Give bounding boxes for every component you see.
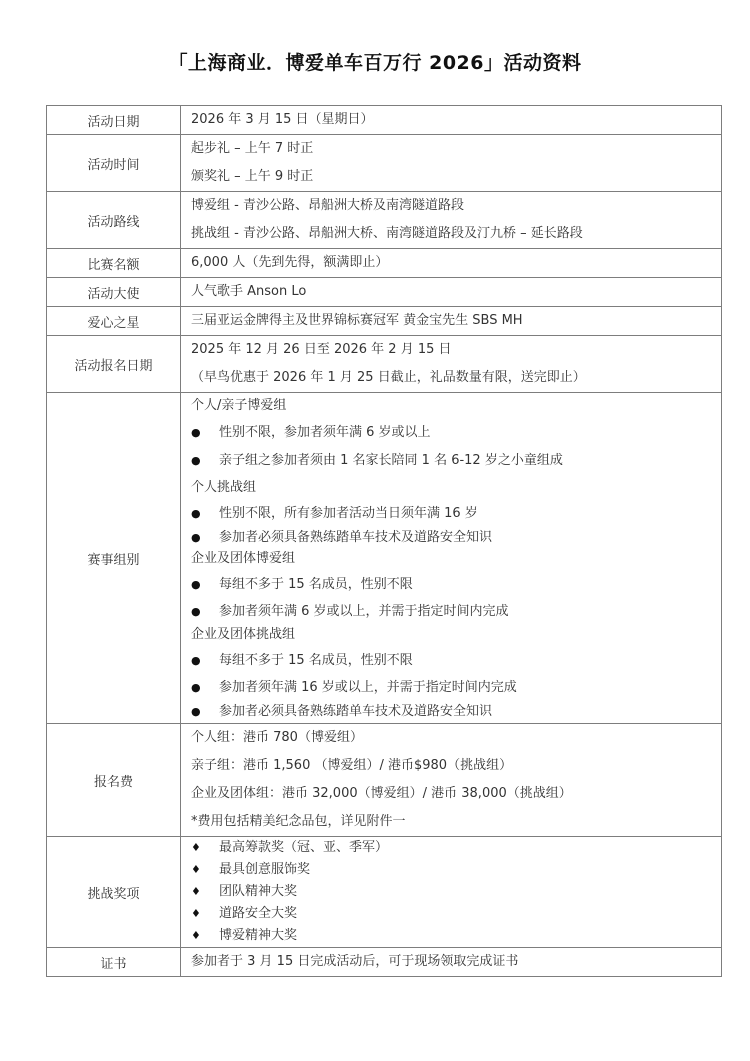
value-certificate: 参加者于 3 月 15 日完成活动后，可于现场领取完成证书 — [181, 948, 722, 977]
diamond-bullet-icon: ♦ — [191, 925, 219, 947]
bullet-icon: ● — [191, 701, 219, 723]
fee-corporate: 企业及团体组：港币 32,000（博爱组）/ 港币 38,000（挑战组） — [191, 780, 721, 808]
route-challenge-group: 挑战组 - 青沙公路、昂船洲大桥、南湾隧道路段及汀九桥 – 延长路段 — [191, 220, 721, 248]
list-item: ●参加者必须具备熟练踏单车技术及道路安全知识 — [191, 701, 721, 723]
event-info-table: 活动日期 2026 年 3 月 15 日（星期日） 活动时间 起步礼 – 上午 … — [46, 105, 722, 977]
award-item-text: 团队精神大奖 — [219, 881, 297, 903]
bullet-icon: ● — [191, 419, 219, 447]
fee-note: *费用包括精美纪念品包，详见附件一 — [191, 808, 721, 836]
charity-star-text: 三届亚运金牌得主及世界锦标赛冠军 黄金宝先生 SBS MH — [191, 307, 721, 335]
start-ceremony-time: 起步礼 – 上午 7 时正 — [191, 135, 721, 163]
value-charity-star: 三届亚运金牌得主及世界锦标赛冠军 黄金宝先生 SBS MH — [181, 307, 722, 336]
value-quota: 6,000 人（先到先得，额满即止） — [181, 249, 722, 278]
group-title-individual-charity: 个人/亲子博爱组 — [191, 393, 721, 419]
value-event-date: 2026 年 3 月 15 日（星期日） — [181, 106, 722, 135]
early-bird-note: （早鸟优惠于 2026 年 1 月 25 日截止，礼品数量有限，送完即止） — [191, 364, 721, 392]
label-certificate: 证书 — [47, 948, 181, 977]
label-event-route: 活动路线 — [47, 192, 181, 249]
diamond-bullet-icon: ♦ — [191, 881, 219, 903]
label-categories: 赛事组别 — [47, 393, 181, 724]
row-categories: 赛事组别 个人/亲子博爱组 ●性别不限，参加者须年满 6 岁或以上 ●亲子组之参… — [47, 393, 722, 724]
list-item-text: 每组不多于 15 名成员，性别不限 — [219, 647, 413, 675]
fee-individual: 个人组：港币 780（博爱组） — [191, 724, 721, 752]
list-item-text: 亲子组之参加者须由 1 名家长陪同 1 名 6-12 岁之小童组成 — [219, 447, 563, 475]
event-date-text: 2026 年 3 月 15 日（星期日） — [191, 106, 721, 134]
bullet-icon: ● — [191, 675, 219, 701]
award-item-text: 道路安全大奖 — [219, 903, 297, 925]
row-quota: 比赛名额 6,000 人（先到先得，额满即止） — [47, 249, 722, 278]
row-event-route: 活动路线 博爱组 - 青沙公路、昂船洲大桥及南湾隧道路段 挑战组 - 青沙公路、… — [47, 192, 722, 249]
list-item: ●参加者必须具备熟练踏单车技术及道路安全知识 — [191, 527, 721, 549]
list-item-text: 每组不多于 15 名成员，性别不限 — [219, 571, 413, 599]
list-item-text: 性别不限，所有参加者活动当日须年满 16 岁 — [219, 501, 478, 527]
ambassador-text: 人气歌手 Anson Lo — [191, 278, 721, 306]
row-fees: 报名费 个人组：港币 780（博爱组） 亲子组：港币 1,560 （博爱组）/ … — [47, 724, 722, 837]
list-item: ●每组不多于 15 名成员，性别不限 — [191, 647, 721, 675]
row-event-date: 活动日期 2026 年 3 月 15 日（星期日） — [47, 106, 722, 135]
bullet-icon: ● — [191, 527, 219, 549]
diamond-bullet-icon: ♦ — [191, 837, 219, 859]
list-item: ●每组不多于 15 名成员，性别不限 — [191, 571, 721, 599]
row-certificate: 证书 参加者于 3 月 15 日完成活动后，可于现场领取完成证书 — [47, 948, 722, 977]
value-awards: ♦最高筹款奖（冠、亚、季军） ♦最具创意服饰奖 ♦团队精神大奖 ♦道路安全大奖 … — [181, 837, 722, 948]
value-fees: 个人组：港币 780（博爱组） 亲子组：港币 1,560 （博爱组）/ 港币$9… — [181, 724, 722, 837]
award-item-text: 最高筹款奖（冠、亚、季军） — [219, 837, 388, 859]
award-item: ♦道路安全大奖 — [191, 903, 721, 925]
row-ambassador: 活动大使 人气歌手 Anson Lo — [47, 278, 722, 307]
document-title: 「上海商业．博爱单车百万行 2026」活动资料 — [0, 48, 750, 75]
certificate-text: 参加者于 3 月 15 日完成活动后，可于现场领取完成证书 — [191, 948, 721, 976]
label-awards: 挑战奖项 — [47, 837, 181, 948]
registration-period: 2025 年 12 月 26 日至 2026 年 2 月 15 日 — [191, 336, 721, 364]
list-item-text: 参加者必须具备熟练踏单车技术及道路安全知识 — [219, 527, 492, 549]
row-event-time: 活动时间 起步礼 – 上午 7 时正 颁奖礼 – 上午 9 时正 — [47, 135, 722, 192]
group-title-individual-challenge: 个人挑战组 — [191, 475, 721, 501]
value-event-time: 起步礼 – 上午 7 时正 颁奖礼 – 上午 9 时正 — [181, 135, 722, 192]
label-quota: 比赛名额 — [47, 249, 181, 278]
row-registration-date: 活动报名日期 2025 年 12 月 26 日至 2026 年 2 月 15 日… — [47, 336, 722, 393]
list-item: ●参加者须年满 16 岁或以上，并需于指定时间内完成 — [191, 675, 721, 701]
value-categories: 个人/亲子博爱组 ●性别不限，参加者须年满 6 岁或以上 ●亲子组之参加者须由 … — [181, 393, 722, 724]
award-item: ♦最具创意服饰奖 — [191, 859, 721, 881]
list-item: ●性别不限，参加者须年满 6 岁或以上 — [191, 419, 721, 447]
bullet-icon: ● — [191, 647, 219, 675]
row-awards: 挑战奖项 ♦最高筹款奖（冠、亚、季军） ♦最具创意服饰奖 ♦团队精神大奖 ♦道路… — [47, 837, 722, 948]
bullet-icon: ● — [191, 501, 219, 527]
group-title-corporate-charity: 企业及团体博爱组 — [191, 549, 721, 571]
fee-family: 亲子组：港币 1,560 （博爱组）/ 港币$980（挑战组） — [191, 752, 721, 780]
route-charity-group: 博爱组 - 青沙公路、昂船洲大桥及南湾隧道路段 — [191, 192, 721, 220]
award-ceremony-time: 颁奖礼 – 上午 9 时正 — [191, 163, 721, 191]
label-event-date: 活动日期 — [47, 106, 181, 135]
bullet-icon: ● — [191, 447, 219, 475]
label-registration-date: 活动报名日期 — [47, 336, 181, 393]
value-event-route: 博爱组 - 青沙公路、昂船洲大桥及南湾隧道路段 挑战组 - 青沙公路、昂船洲大桥… — [181, 192, 722, 249]
award-item: ♦博爱精神大奖 — [191, 925, 721, 947]
list-item: ●性别不限，所有参加者活动当日须年满 16 岁 — [191, 501, 721, 527]
diamond-bullet-icon: ♦ — [191, 859, 219, 881]
award-item: ♦团队精神大奖 — [191, 881, 721, 903]
group-title-corporate-challenge: 企业及团体挑战组 — [191, 625, 721, 647]
quota-text: 6,000 人（先到先得，额满即止） — [191, 249, 721, 277]
list-item-text: 参加者须年满 6 岁或以上，并需于指定时间内完成 — [219, 599, 509, 625]
value-ambassador: 人气歌手 Anson Lo — [181, 278, 722, 307]
list-item-text: 参加者必须具备熟练踏单车技术及道路安全知识 — [219, 701, 492, 723]
award-item: ♦最高筹款奖（冠、亚、季军） — [191, 837, 721, 859]
award-item-text: 博爱精神大奖 — [219, 925, 297, 947]
label-ambassador: 活动大使 — [47, 278, 181, 307]
list-item: ●亲子组之参加者须由 1 名家长陪同 1 名 6-12 岁之小童组成 — [191, 447, 721, 475]
bullet-icon: ● — [191, 571, 219, 599]
award-item-text: 最具创意服饰奖 — [219, 859, 310, 881]
label-event-time: 活动时间 — [47, 135, 181, 192]
list-item: ●参加者须年满 6 岁或以上，并需于指定时间内完成 — [191, 599, 721, 625]
list-item-text: 性别不限，参加者须年满 6 岁或以上 — [219, 419, 431, 447]
label-fees: 报名费 — [47, 724, 181, 837]
row-charity-star: 爱心之星 三届亚运金牌得主及世界锦标赛冠军 黄金宝先生 SBS MH — [47, 307, 722, 336]
list-item-text: 参加者须年满 16 岁或以上，并需于指定时间内完成 — [219, 675, 517, 701]
bullet-icon: ● — [191, 599, 219, 625]
label-charity-star: 爱心之星 — [47, 307, 181, 336]
diamond-bullet-icon: ♦ — [191, 903, 219, 925]
value-registration-date: 2025 年 12 月 26 日至 2026 年 2 月 15 日 （早鸟优惠于… — [181, 336, 722, 393]
